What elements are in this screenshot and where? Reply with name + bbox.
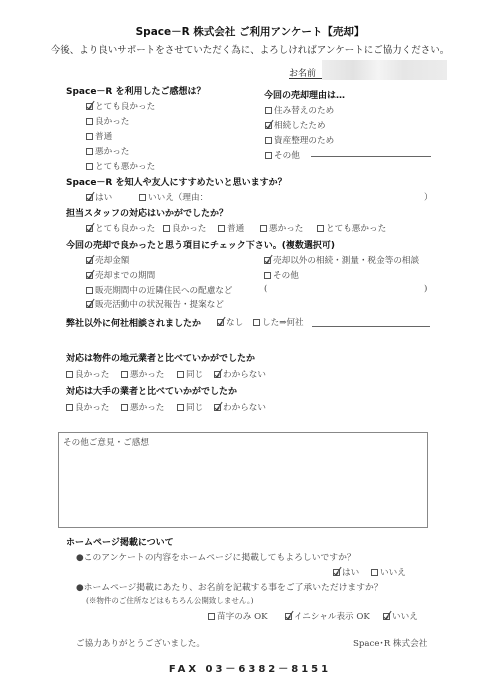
q8-question: 対応は大手の業者と比べていかがでしたか bbox=[66, 384, 237, 397]
checkbox[interactable] bbox=[66, 404, 73, 411]
q6-option-none[interactable]: なし bbox=[217, 316, 243, 328]
checkbox-checked[interactable] bbox=[214, 404, 221, 411]
checkbox-checked[interactable] bbox=[333, 569, 340, 576]
checkbox[interactable] bbox=[66, 371, 73, 378]
q8-option-3[interactable]: 同じ bbox=[177, 401, 203, 413]
q1-option-3[interactable]: 普通 bbox=[86, 130, 112, 142]
q6-option-yes[interactable]: した⇒何社 bbox=[253, 316, 304, 328]
checkbox-checked[interactable] bbox=[214, 371, 221, 378]
q4-option-3[interactable]: 普通 bbox=[218, 222, 244, 234]
q4-question: 担当スタッフの対応はいかがでしたか？ bbox=[66, 206, 228, 219]
homepage-q2: ●ホームページ掲載にあたり、お名前を記載する事をご了承いただけますか？ bbox=[76, 580, 383, 593]
checkbox[interactable] bbox=[265, 137, 272, 144]
checkbox[interactable] bbox=[218, 225, 225, 232]
checkbox-checked[interactable] bbox=[86, 194, 93, 201]
survey-subtitle: 今後、より良いサポートをさせていただく為に、よろしければアンケートにご協力くださ… bbox=[0, 42, 500, 56]
name-underline bbox=[289, 78, 324, 79]
q1-option-5[interactable]: とても悪かった bbox=[86, 160, 155, 172]
checkbox-checked[interactable] bbox=[383, 613, 390, 620]
q5-right-option-1[interactable]: 売却以外の相続・測量・税金等の相談 bbox=[264, 254, 419, 266]
q7-option-1[interactable]: 良かった bbox=[66, 368, 109, 380]
checkbox[interactable] bbox=[121, 371, 128, 378]
q4-option-1[interactable]: とても良かった bbox=[86, 222, 155, 234]
q7-option-3[interactable]: 同じ bbox=[177, 368, 203, 380]
q1-option-1[interactable]: とても良かった bbox=[86, 100, 155, 112]
q5-left-option-3[interactable]: 販売期間中の近隣住民への配慮など bbox=[86, 284, 233, 296]
comments-box[interactable]: その他ご意見・ご感想 bbox=[58, 432, 428, 528]
checkbox-checked[interactable] bbox=[217, 319, 224, 326]
checkbox-checked[interactable] bbox=[264, 257, 271, 264]
homepage-q2-initials[interactable]: イニシャル表示 OK bbox=[285, 610, 370, 622]
q4-option-5[interactable]: とても悪かった bbox=[317, 222, 386, 234]
q5-question: 今回の売却で良かったと思う項目にチェック下さい。(複数選択可) bbox=[66, 238, 335, 251]
q3-close-paren: ） bbox=[424, 191, 433, 203]
comments-label: その他ご意見・ご感想 bbox=[63, 436, 149, 448]
q8-option-2[interactable]: 悪かった bbox=[121, 401, 164, 413]
checkbox-checked[interactable] bbox=[86, 225, 93, 232]
q7-option-4[interactable]: わからない bbox=[214, 368, 266, 380]
checkbox[interactable] bbox=[86, 118, 93, 125]
checkbox[interactable] bbox=[264, 272, 271, 279]
name-field-redacted[interactable] bbox=[322, 60, 447, 80]
thanks-text: ご協力ありがとうございました。 bbox=[76, 637, 205, 649]
checkbox[interactable] bbox=[317, 225, 324, 232]
q5-left-option-1[interactable]: 売却金額 bbox=[86, 254, 129, 266]
checkbox[interactable] bbox=[139, 194, 146, 201]
checkbox-checked[interactable] bbox=[86, 257, 93, 264]
homepage-q1-yes[interactable]: はい bbox=[333, 566, 359, 578]
checkbox[interactable] bbox=[260, 225, 267, 232]
q4-option-4[interactable]: 悪かった bbox=[260, 222, 303, 234]
checkbox-checked[interactable] bbox=[86, 272, 93, 279]
q4-option-2[interactable]: 良かった bbox=[163, 222, 206, 234]
q3-option-yes[interactable]: はい bbox=[86, 191, 112, 203]
checkbox[interactable] bbox=[208, 613, 215, 620]
survey-title: Space－R 株式会社 ご利用アンケート【売却】 bbox=[0, 24, 500, 39]
homepage-heading: ホームページ掲載について bbox=[66, 535, 174, 548]
checkbox[interactable] bbox=[265, 107, 272, 114]
q6-count-line[interactable] bbox=[312, 326, 430, 327]
checkbox[interactable] bbox=[177, 371, 184, 378]
checkbox[interactable] bbox=[86, 287, 93, 294]
q1-option-4[interactable]: 悪かった bbox=[86, 145, 129, 157]
checkbox-checked[interactable] bbox=[86, 103, 93, 110]
homepage-q2-surname[interactable]: 苗字のみ OK bbox=[208, 610, 268, 622]
checkbox-checked[interactable] bbox=[265, 122, 272, 129]
q5-left-option-4[interactable]: 販売活動中の状況報告・提案など bbox=[86, 298, 224, 310]
q2-option-2[interactable]: 相続したため bbox=[265, 119, 326, 131]
checkbox[interactable] bbox=[86, 163, 93, 170]
q1-question: Space－R を利用したご感想は？ bbox=[66, 84, 206, 97]
checkbox[interactable] bbox=[86, 148, 93, 155]
q7-question: 対応は物件の地元業者と比べていかがでしたか bbox=[66, 351, 255, 364]
checkbox-checked[interactable] bbox=[86, 301, 93, 308]
q2-option-3[interactable]: 資産整理のため bbox=[265, 134, 334, 146]
q2-option-1[interactable]: 住み替えのため bbox=[265, 104, 334, 116]
q8-option-4[interactable]: わからない bbox=[214, 401, 266, 413]
fax-number: FAX 03－6382－8151 bbox=[0, 660, 500, 675]
homepage-q1: ●このアンケートの内容をホームページに掲載してもよろしいですか？ bbox=[76, 550, 356, 563]
company-name: Space･R 株式会社 bbox=[353, 637, 427, 649]
q2-other-line[interactable] bbox=[311, 156, 431, 157]
q5-right-option-2[interactable]: その他 bbox=[264, 269, 299, 281]
homepage-q1-no[interactable]: いいえ bbox=[371, 566, 406, 578]
homepage-q2-note: (※物件のご住所などはもちろん公開致しません。) bbox=[86, 595, 254, 606]
checkbox-checked[interactable] bbox=[285, 613, 292, 620]
checkbox[interactable] bbox=[86, 133, 93, 140]
q3-question: Space－R を知人や友人にすすめたいと思いますか？ bbox=[66, 175, 287, 188]
checkbox[interactable] bbox=[163, 225, 170, 232]
q8-option-1[interactable]: 良かった bbox=[66, 401, 109, 413]
q5-left-option-2[interactable]: 売却までの期間 bbox=[86, 269, 155, 281]
q3-option-no[interactable]: いいえ（理由： bbox=[139, 191, 208, 203]
q5-other-close: ) bbox=[424, 284, 427, 294]
checkbox[interactable] bbox=[121, 404, 128, 411]
checkbox[interactable] bbox=[371, 569, 378, 576]
checkbox[interactable] bbox=[177, 404, 184, 411]
q6-question: 弊社以外に何社相談されましたか bbox=[66, 316, 201, 329]
homepage-q2-no[interactable]: いいえ bbox=[383, 610, 418, 622]
q2-option-4[interactable]: その他 bbox=[265, 149, 300, 161]
checkbox[interactable] bbox=[265, 152, 272, 159]
q1-option-2[interactable]: 良かった bbox=[86, 115, 129, 127]
checkbox[interactable] bbox=[253, 319, 260, 326]
q5-other-open: ( bbox=[264, 284, 267, 294]
q2-question: 今回の売却理由は… bbox=[264, 88, 345, 101]
q7-option-2[interactable]: 悪かった bbox=[121, 368, 164, 380]
